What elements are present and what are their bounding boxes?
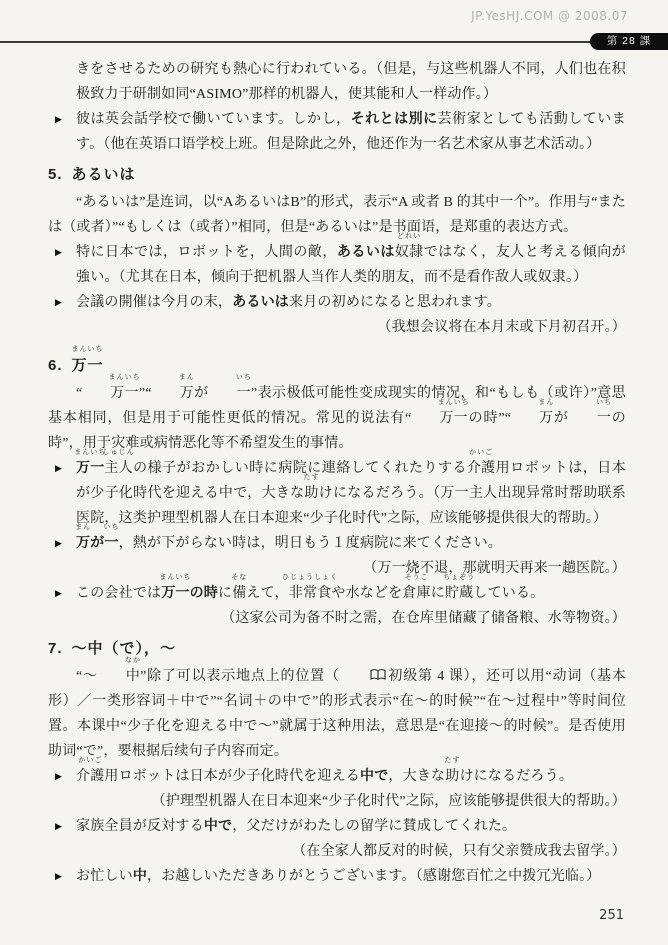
example-item: ▶ この会社ではまんいち万一の時にそな備えて，ひじょうしょく非常食や水などをそう…	[48, 581, 626, 606]
section-number: 7.	[48, 638, 63, 659]
bullet-icon: ▶	[55, 456, 71, 481]
textbook-page: JP.YesHJ.COM @ 2008.07 第 28 課 きをさせるための研究…	[0, 0, 668, 945]
section-7-explanation: “～なか中”除了可以表示地点上的位置（初级第 4 课），还可以用“动词（基本形）…	[48, 664, 626, 764]
section-title: まんいち万一	[72, 355, 104, 376]
example-sentence: お忙しい中，お越しいただきありがとうございます。（感谢您百忙之中拨冗光临。）	[76, 869, 601, 884]
translation-line: （这家公司为备不时之需，在仓库里储藏了储备粮、水等物资。）	[48, 606, 626, 631]
example-item: ▶ まん万がいち一，熱が下がらない時は，明日もう１度病院に来てください。	[48, 531, 626, 556]
section-title: あるいは	[72, 164, 136, 185]
bullet-icon: ▶	[55, 814, 71, 839]
section-title: ～中（で），～	[72, 638, 177, 659]
example-item: ▶ 家族全員が反対する中で，父だけがわたしの留学に賛成してくれた。	[48, 814, 626, 839]
lesson-badge: 第 28 課	[590, 33, 668, 50]
bullet-icon: ▶	[55, 864, 71, 889]
example-sentence: まん万がいち一，熱が下がらない時は，明日もう１度病院に来てください。	[76, 536, 502, 551]
bullet-icon: ▶	[55, 581, 71, 606]
section-6-explanation: “まんいち万一”“まん万がいち一”表示极低可能性变成现实的情况，和“もしも（或许…	[48, 381, 626, 456]
example-item: ▶ お忙しい中，お越しいただきありがとうございます。（感谢您百忙之中拨冗光临。）	[48, 864, 626, 889]
translation-line: （我想会议将在本月末或下月初召开。）	[48, 315, 626, 340]
bullet-icon: ▶	[55, 240, 71, 265]
example-sentence: この会社ではまんいち万一の時にそな備えて，ひじょうしょく非常食や水などをそうこ倉…	[76, 586, 544, 601]
example-sentence: まんいち万一しゅじん主人の様子がおかしい時に病院に連絡してくれたりするかいご介護…	[76, 461, 626, 526]
page-number: 251	[599, 908, 624, 923]
section-number: 6.	[48, 355, 63, 376]
page-content: きをさせるための研究も熱心に行われている。（但是，与这些机器人不同，人们也在积极…	[48, 57, 626, 889]
example-item: ▶ 特に日本では，ロボットを，人間の敵，あるいはどれい奴隷ではなく，友人と考える…	[48, 240, 626, 290]
example-item: ▶ まんいち万一しゅじん主人の様子がおかしい時に病院に連絡してくれたりするかいご…	[48, 456, 626, 531]
example-item: ▶ 会議の開催は今月の末，あるいは来月の初めになると思われます。	[48, 290, 626, 315]
example-item: ▶ 彼は英会話学校で働いています。しかし，それとは別に芸術家としても活動していま…	[48, 107, 626, 157]
example-item: ▶ かいご介護用ロボットは日本が少子化時代を迎える中で，大きなたす助けになるだろ…	[48, 764, 626, 789]
example-sentence: 会議の開催は今月の末，あるいは来月の初めになると思われます。	[76, 295, 501, 310]
bullet-icon: ▶	[55, 764, 71, 789]
section-5-explanation: “あるいは”是连词，以“AあるいはB”的形式，表示“A 或者 B 的其中一个”。…	[48, 190, 626, 240]
bullet-icon: ▶	[55, 107, 71, 132]
example-sentence: かいご介護用ロボットは日本が少子化時代を迎える中で，大きなたす助けになるだろう。	[76, 769, 573, 784]
bullet-icon: ▶	[55, 531, 71, 556]
section-number: 5.	[48, 164, 63, 185]
continuation-paragraph: きをさせるための研究も熱心に行われている。（但是，与这些机器人不同，人们也在积极…	[48, 57, 626, 107]
bullet-icon: ▶	[55, 290, 71, 315]
example-sentence: 特に日本では，ロボットを，人間の敵，あるいはどれい奴隷ではなく，友人と考える傾向…	[76, 245, 626, 285]
watermark-text: JP.YesHJ.COM @ 2008.07	[471, 9, 628, 23]
header-divider	[0, 41, 668, 43]
translation-line: （护理型机器人在日本迎来“少子化时代”之际，应该能够提供很大的帮助。）	[48, 789, 626, 814]
example-sentence: 彼は英会話学校で働いています。しかし，それとは別に芸術家としても活動しています。…	[76, 112, 626, 152]
section-6-heading: 6. まんいち万一	[48, 347, 626, 376]
section-5-heading: 5. あるいは	[48, 164, 626, 185]
example-sentence: 家族全員が反対する中で，父だけがわたしの留学に賛成してくれた。	[76, 819, 516, 834]
translation-line: （在全家人都反对的时候，只有父亲赞成我去留学。）	[48, 839, 626, 864]
open-book-icon	[340, 664, 388, 689]
